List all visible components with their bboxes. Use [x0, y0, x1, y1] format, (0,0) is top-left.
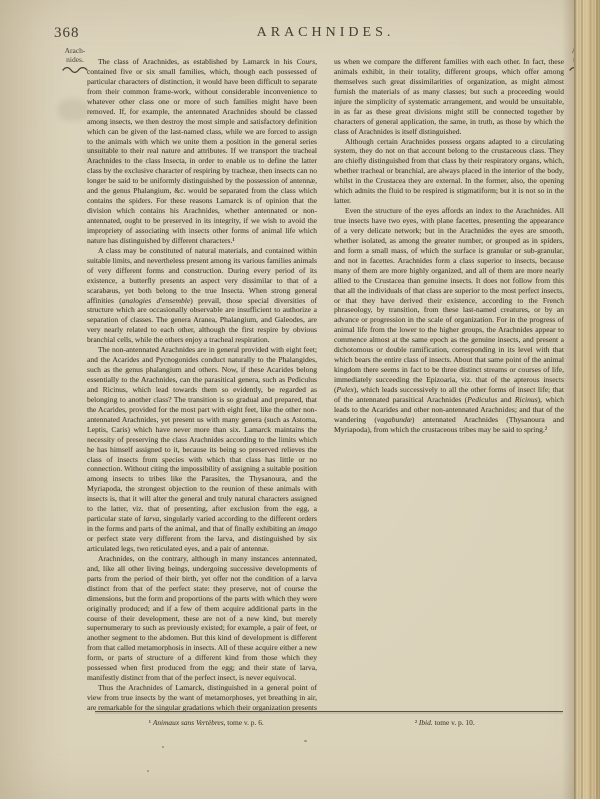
paper-speck: [147, 770, 149, 772]
footnote-rule: [95, 711, 563, 712]
book-page: 368 ARACHNIDES. Arach- nides. Arach- nid…: [0, 0, 600, 799]
paragraph: Even the structure of the eyes affords a…: [334, 206, 564, 435]
paragraph: The non-antennated Arachnides are in gen…: [87, 345, 317, 554]
body-text-columns: The class of Arachnides, as established …: [87, 57, 564, 713]
running-title: ARACHNIDES.: [87, 25, 564, 41]
page-number: 368: [54, 25, 80, 42]
margin-squiggle-icon: [62, 66, 88, 74]
bleed-through-smudge: [58, 99, 88, 121]
paper-speck: [162, 746, 164, 748]
footnote-1: ¹ Animaux sans Vertèbres, tome v. p. 6.: [87, 718, 326, 727]
paragraph: A class may be constituted of natural ma…: [87, 246, 317, 345]
paragraph: Arachnides, on the contrary, although in…: [87, 554, 317, 683]
footnote-2: ² Ibid. tome v. p. 10.: [326, 718, 565, 727]
page-edge-shadow: [562, 0, 574, 799]
footnotes: ¹ Animaux sans Vertèbres, tome v. p. 6. …: [87, 718, 564, 727]
book-page-edges: [574, 0, 600, 799]
paper-speck: [304, 740, 307, 742]
paragraph: The class of Arachnides, as established …: [87, 57, 317, 246]
paragraph: Although certain Arachnides possess orga…: [334, 137, 564, 207]
